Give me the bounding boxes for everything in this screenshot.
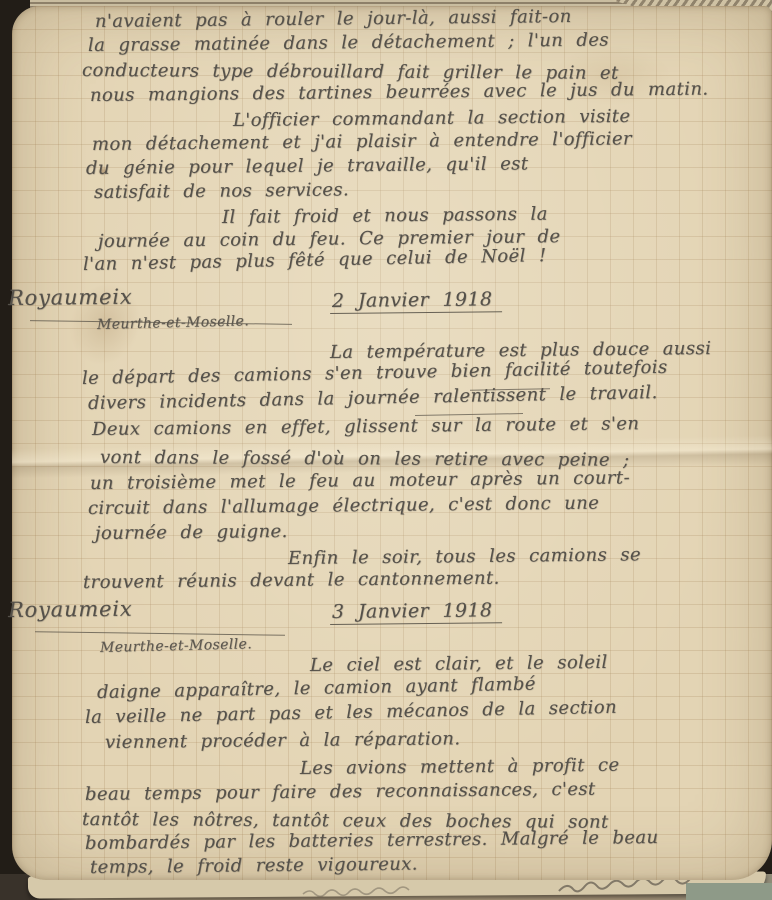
diary-line: Les avions mettent à profit ce bbox=[300, 756, 620, 779]
entry-place: Royaumeix bbox=[8, 599, 133, 620]
underpage-writing-marks bbox=[555, 879, 725, 899]
diary-line: Enfin le soir, tous les camions se bbox=[288, 545, 641, 569]
entry-region: Meurthe-et-Moselle. bbox=[97, 311, 250, 335]
diary-line: L'officier commandant la section visite bbox=[233, 107, 631, 131]
diary-line: satisfait de nos services. bbox=[94, 180, 349, 203]
entry-date: 2 Janvier 1918 bbox=[330, 289, 503, 314]
entry-region: Meurthe-et-Moselle. bbox=[100, 634, 253, 658]
diary-line: Le ciel est clair, et le soleil bbox=[310, 653, 608, 676]
diary-line: Il fait froid et nous passons la bbox=[222, 205, 548, 228]
diary-line: viennent procéder à la réparation. bbox=[105, 729, 461, 753]
underpage-writing-marks bbox=[300, 886, 430, 900]
notebook-scan: n'avaient pas à rouler le jour-là, aussi… bbox=[0, 0, 772, 900]
diary-line: temps, le froid reste vigoureux. bbox=[90, 855, 418, 878]
entry-date: 3 Janvier 1918 bbox=[330, 600, 503, 625]
diary-line: journée de guigne. bbox=[95, 522, 288, 544]
entry-place: Royaumeix bbox=[8, 287, 133, 308]
